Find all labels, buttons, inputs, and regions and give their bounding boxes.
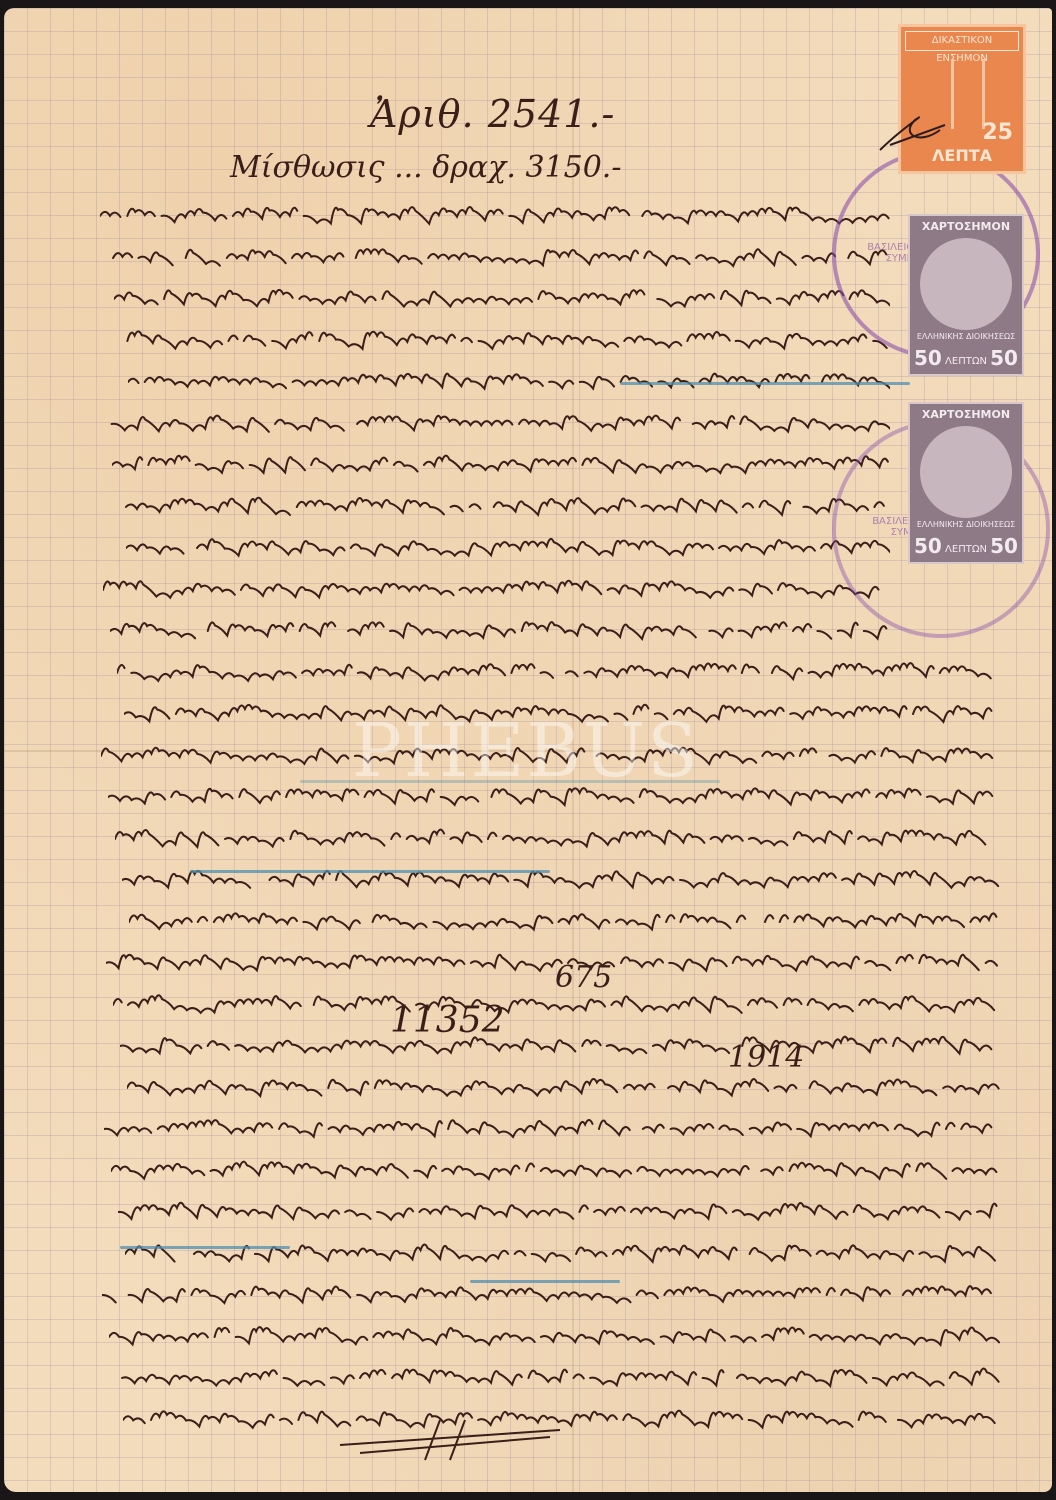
handwritten-line xyxy=(127,1068,1000,1102)
year-text: 1914 xyxy=(728,1040,804,1075)
signature-mark xyxy=(870,100,950,160)
stamp-subtitle: ΕΛΛΗΝΙΚΗΣ ΔΙΟΙΚΗΣΕΩΣ xyxy=(910,520,1022,529)
fee-label: Μίσθωσις ... δραχ. xyxy=(230,150,516,185)
handwritten-line xyxy=(118,1192,1000,1226)
stamp-subtitle: ΕΛΛΗΝΙΚΗΣ ΔΙΟΙΚΗΣΕΩΣ xyxy=(910,332,1022,341)
handwritten-line xyxy=(106,943,1000,977)
stamp-value-number: 50 xyxy=(914,534,942,558)
handwritten-line xyxy=(128,362,890,396)
watermark: PHEBUS xyxy=(352,708,700,794)
torch-emblem-icon xyxy=(951,59,985,129)
handwritten-line xyxy=(109,1317,1000,1351)
handwritten-line xyxy=(129,902,1000,936)
handwritten-line xyxy=(100,196,890,230)
document-number-heading: Ἀριθ. 2541.- xyxy=(370,92,615,136)
stamp-title: ΧΑΡΤΟΣΗΜΟΝ xyxy=(910,408,1022,421)
stamp-value-number: 50 xyxy=(990,534,1018,558)
handwritten-line xyxy=(114,279,890,313)
stamp-value-unit: ΛΕΠΤΩΝ xyxy=(945,356,987,370)
fee-line: Μίσθωσις ... δραχ. 3150.- xyxy=(230,150,621,185)
revenue-stamp: ΧΑΡΤΟΣΗΜΟΝ ΕΛΛΗΝΙΚΗΣ ΔΙΟΙΚΗΣΕΩΣ 50 ΛΕΠΤΩ… xyxy=(908,402,1024,564)
handwritten-line xyxy=(112,445,890,479)
reference-number: 675 xyxy=(555,960,612,995)
handwritten-line xyxy=(117,653,1000,687)
stamp-value-number: 50 xyxy=(914,346,942,370)
stamp-value-unit: ΛΕΠΤΩΝ xyxy=(945,544,987,558)
handwritten-line xyxy=(111,1151,1000,1185)
handwritten-line xyxy=(126,528,890,562)
handwritten-line xyxy=(121,321,890,355)
underline-mark xyxy=(190,870,550,873)
winged-victory-icon xyxy=(920,426,1012,518)
underline-mark xyxy=(470,1280,620,1283)
handwritten-line xyxy=(104,1109,1000,1143)
handwritten-line xyxy=(115,819,1000,853)
handwritten-line xyxy=(107,238,890,272)
end-flourish xyxy=(330,1415,570,1465)
handwritten-line xyxy=(103,570,890,604)
handwritten-line xyxy=(105,404,890,438)
stamp-title: ΔΙΚΑΣΤΙΚΟΝ ΕΝΣΗΜΟΝ xyxy=(905,31,1019,51)
handwritten-line xyxy=(119,487,890,521)
revenue-stamp: ΧΑΡΤΟΣΗΜΟΝ ΕΛΛΗΝΙΚΗΣ ΔΙΟΙΚΗΣΕΩΣ 50 ΛΕΠΤΩ… xyxy=(908,214,1024,376)
reference-number: 11352 xyxy=(390,1000,505,1041)
stamp-title: ΧΑΡΤΟΣΗΜΟΝ xyxy=(910,220,1022,233)
handwritten-line xyxy=(116,1358,1000,1392)
handwritten-line xyxy=(122,860,1000,894)
handwritten-line xyxy=(120,1026,1000,1060)
fee-amount: 3150.- xyxy=(525,150,621,185)
winged-victory-icon xyxy=(920,238,1012,330)
stamp-value-number: 25 xyxy=(982,120,1013,145)
handwritten-line xyxy=(125,1234,1000,1268)
stamp-value-number: 50 xyxy=(990,346,1018,370)
underline-mark xyxy=(620,382,910,385)
handwritten-line xyxy=(110,611,890,645)
underline-mark xyxy=(120,1246,290,1249)
